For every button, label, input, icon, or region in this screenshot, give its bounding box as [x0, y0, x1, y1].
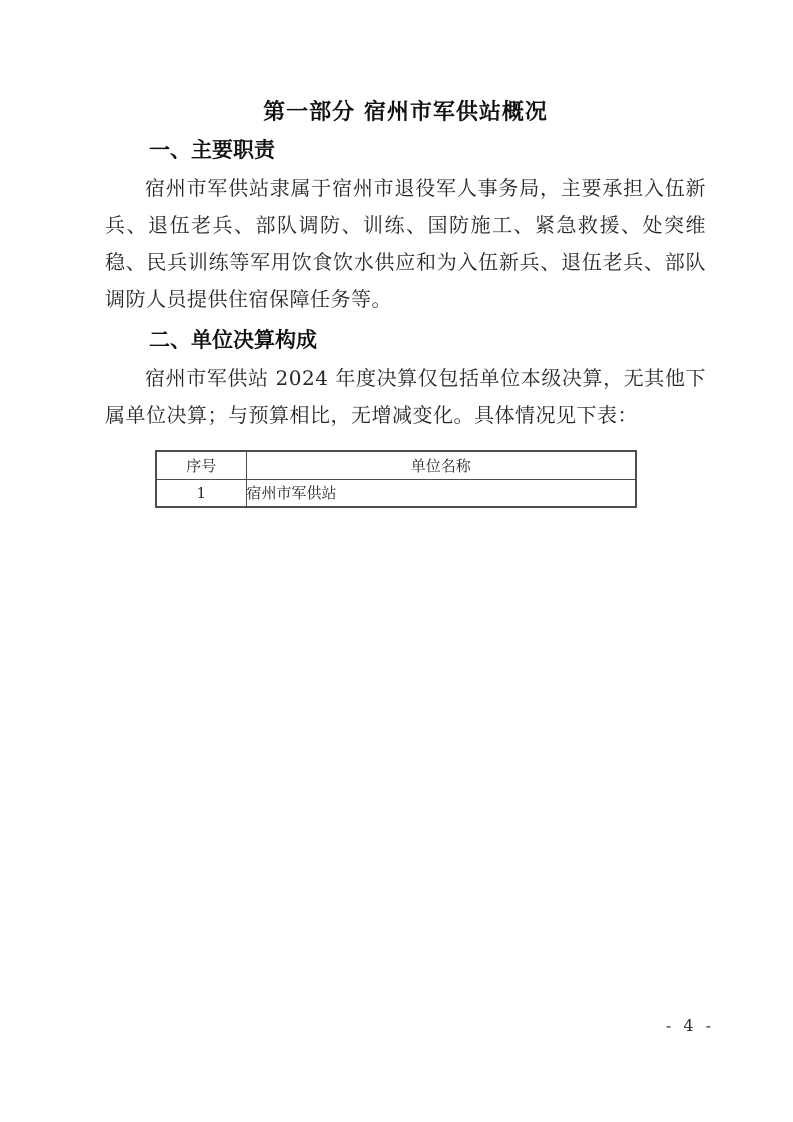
units-table-header-unit-name: 单位名称: [246, 451, 636, 479]
section-1-heading: 一、主要职责: [105, 135, 706, 165]
units-table-header-row: 序号 单位名称: [156, 451, 636, 479]
units-table: 序号 单位名称 1 宿州市军供站: [155, 450, 637, 508]
section-2-heading: 二、单位决算构成: [105, 325, 706, 355]
document-content: 第一部分 宿州市军供站概况 一、主要职责 宿州市军供站隶属于宿州市退役军人事务局…: [105, 98, 706, 508]
page-number: - 4 -: [666, 1016, 711, 1035]
units-table-row: 1 宿州市军供站: [156, 479, 636, 507]
units-table-cell-unit-name: 宿州市军供站: [246, 479, 636, 507]
units-table-cell-index: 1: [156, 479, 246, 507]
section-1-paragraph: 宿州市军供站隶属于宿州市退役军人事务局，主要承担入伍新兵、退伍老兵、部队调防、训…: [105, 170, 706, 318]
document-page: 第一部分 宿州市军供站概况 一、主要职责 宿州市军供站隶属于宿州市退役军人事务局…: [0, 0, 793, 1122]
units-table-header-index: 序号: [156, 451, 246, 479]
document-title: 第一部分 宿州市军供站概况: [105, 98, 706, 128]
section-2-paragraph: 宿州市军供站 2024 年度决算仅包括单位本级决算，无其他下属单位决算；与预算相…: [105, 360, 706, 434]
